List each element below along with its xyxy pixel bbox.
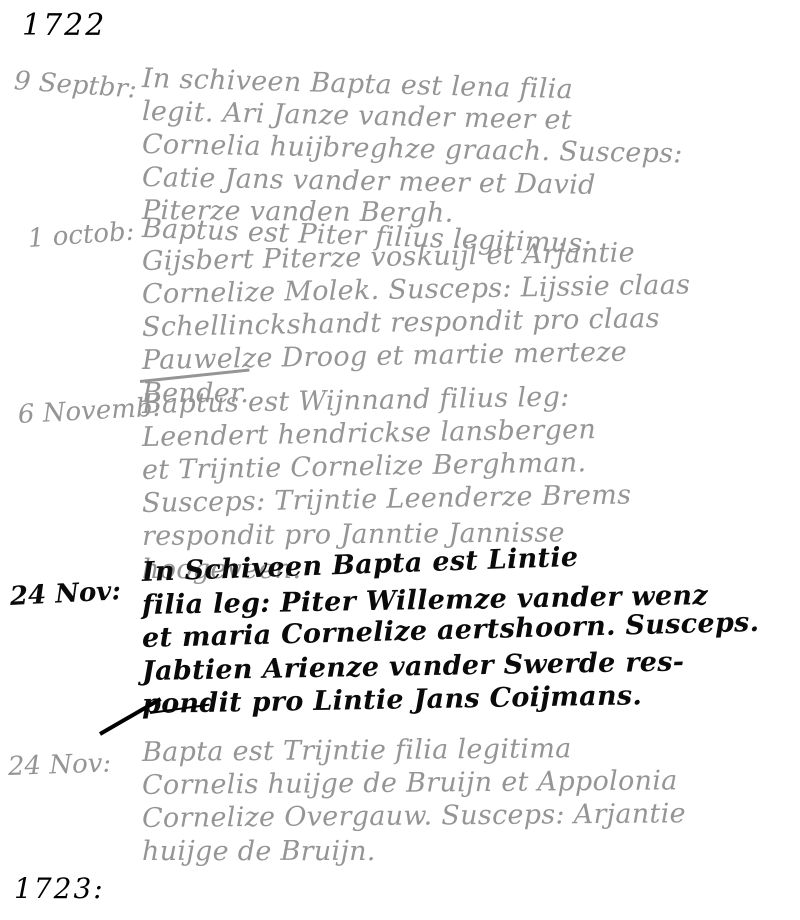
year-heading-1723: 1723: (14, 872, 105, 905)
entry-date: 1 octob: (27, 217, 135, 254)
entry-line: Cornelize Overgauw. Susceps: Arjantie (142, 796, 792, 835)
year-heading-1722: 1722 (22, 8, 106, 43)
entry-date: 24 Nov: (7, 748, 111, 782)
register-page: 1722 9 Septbr: In schiveen Bapta est len… (0, 0, 800, 920)
entry-date: 6 Novemb: (17, 393, 162, 430)
entry-text: Bapta est Trijntie filia legitima Cornel… (142, 736, 792, 868)
entry-line: huijge de Bruijn. (142, 835, 792, 868)
entry-date: 9 Septbr: (13, 66, 138, 105)
entry-date: 24 Nov: (9, 576, 121, 612)
entry-text: In schiveen Bapta est lena filia legit. … (142, 62, 792, 227)
entry-text: In Schiveen Bapta est Lintie filia leg: … (142, 556, 792, 721)
